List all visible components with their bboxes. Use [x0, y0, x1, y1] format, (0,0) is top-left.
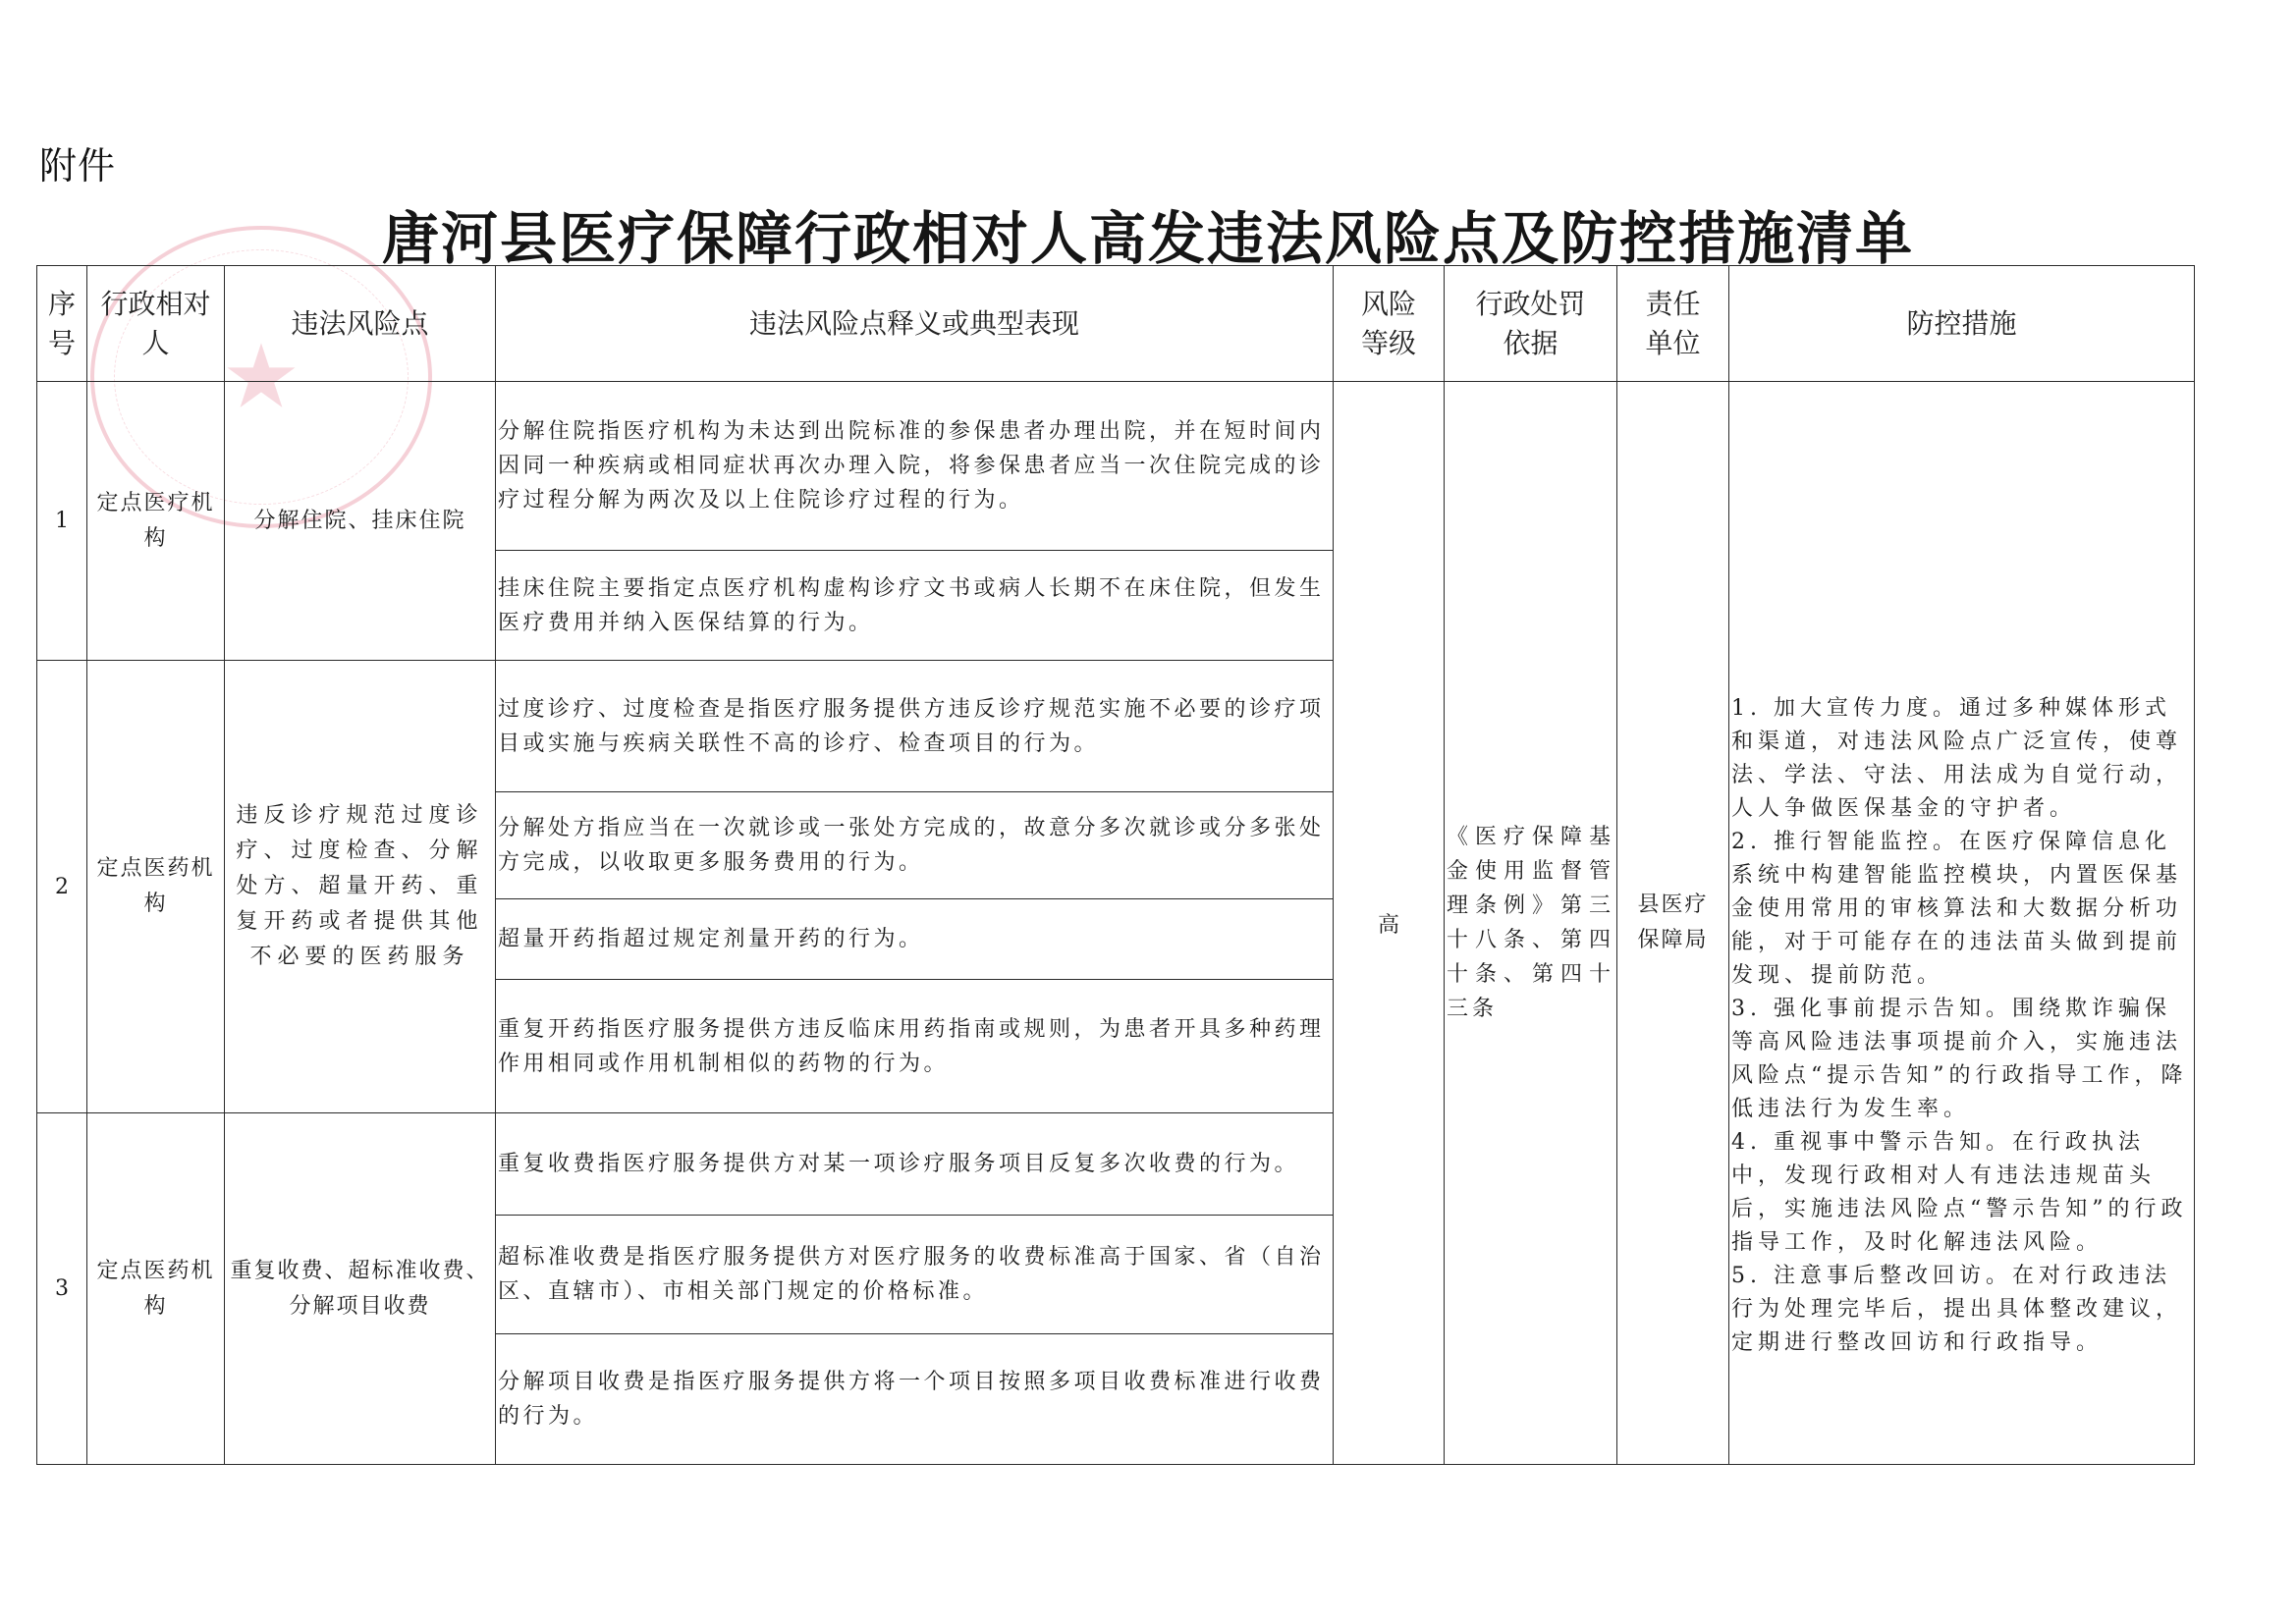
- header-penalty-basis: 行政处罚依据: [1445, 266, 1617, 382]
- attachment-label: 附件: [39, 135, 116, 189]
- table-header-row: 序号 行政相对人 违法风险点 违法风险点释义或典型表现 风险等级 行政处罚依据 …: [37, 266, 2195, 382]
- row-seq: 2: [37, 661, 87, 1113]
- measure-item: 4. 重视事中警示告知。在行政执法中，发现行政相对人有违法违规苗头后，实施违法风…: [1731, 1126, 2192, 1260]
- document-title: 唐河县医疗保障行政相对人高发违法风险点及防控措施清单: [0, 192, 2296, 275]
- responsible-unit-cell: 县医疗保障局: [1617, 382, 1729, 1465]
- row-seq: 3: [37, 1113, 87, 1465]
- row-definition: 过度诊疗、过度检查是指医疗服务提供方违反诊疗规范实施不必要的诊疗项目或实施与疾病…: [496, 661, 1334, 792]
- risk-level-cell: 高: [1334, 382, 1445, 1465]
- row-definition: 重复收费指医疗服务提供方对某一项诊疗服务项目反复多次收费的行为。: [496, 1113, 1334, 1216]
- row-definition: 重复开药指医疗服务提供方违反临床用药指南或规则，为患者开具多种药理作用相同或作用…: [496, 980, 1334, 1113]
- risk-control-table: 序号 行政相对人 违法风险点 违法风险点释义或典型表现 风险等级 行政处罚依据 …: [36, 265, 2195, 1465]
- header-party: 行政相对人: [87, 266, 225, 382]
- measure-item: 5. 注意事后整改回访。在对行政违法行为处理完毕后，提出具体整改建议，定期进行整…: [1731, 1260, 2192, 1360]
- measure-item: 1. 加大宣传力度。通过多种媒体形式和渠道，对违法风险点广泛宣传，使尊法、学法、…: [1731, 692, 2192, 826]
- row-definition: 超量开药指超过规定剂量开药的行为。: [496, 899, 1334, 980]
- measure-item: 3. 强化事前提示告知。围绕欺诈骗保等高风险违法事项提前介入，实施违法风险点“提…: [1731, 993, 2192, 1126]
- penalty-basis-cell: 《医疗保障基金使用监督管理条例》第三十八条、第四十条、第四十三条: [1445, 382, 1617, 1465]
- row-definition: 分解项目收费是指医疗服务提供方将一个项目按照多项目收费标准进行收费的行为。: [496, 1334, 1334, 1465]
- row-risk-point: 重复收费、超标准收费、分解项目收费: [225, 1113, 496, 1465]
- row-party: 定点医药机构: [87, 1113, 225, 1465]
- header-risk-level: 风险等级: [1334, 266, 1445, 382]
- header-risk-point: 违法风险点: [225, 266, 496, 382]
- header-definition: 违法风险点释义或典型表现: [496, 266, 1334, 382]
- row-risk-point: 违反诊疗规范过度诊疗、过度检查、分解处方、超量开药、重复开药或者提供其他不必要的…: [225, 661, 496, 1113]
- row-definition: 挂床住院主要指定点医疗机构虚构诊疗文书或病人长期不在床住院，但发生医疗费用并纳入…: [496, 551, 1334, 661]
- header-measures: 防控措施: [1729, 266, 2195, 382]
- row-risk-point: 分解住院、挂床住院: [225, 382, 496, 661]
- row-definition: 超标准收费是指医疗服务提供方对医疗服务的收费标准高于国家、省（自治区、直辖市）、…: [496, 1216, 1334, 1334]
- row-party: 定点医药机构: [87, 661, 225, 1113]
- row-party: 定点医疗机构: [87, 382, 225, 661]
- measure-item: 2. 推行智能监控。在医疗保障信息化系统中构建智能监控模块，内置医保基金使用常用…: [1731, 826, 2192, 993]
- header-responsible-unit: 责任单位: [1617, 266, 1729, 382]
- row-definition: 分解住院指医疗机构为未达到出院标准的参保患者办理出院，并在短时间内因同一种疾病或…: [496, 382, 1334, 551]
- header-seq: 序号: [37, 266, 87, 382]
- measures-cell: 1. 加大宣传力度。通过多种媒体形式和渠道，对违法风险点广泛宣传，使尊法、学法、…: [1729, 382, 2195, 1465]
- table-row: 1 定点医疗机构 分解住院、挂床住院 分解住院指医疗机构为未达到出院标准的参保患…: [37, 382, 2195, 551]
- row-seq: 1: [37, 382, 87, 661]
- row-definition: 分解处方指应当在一次就诊或一张处方完成的，故意分多次就诊或分多张处方完成，以收取…: [496, 792, 1334, 899]
